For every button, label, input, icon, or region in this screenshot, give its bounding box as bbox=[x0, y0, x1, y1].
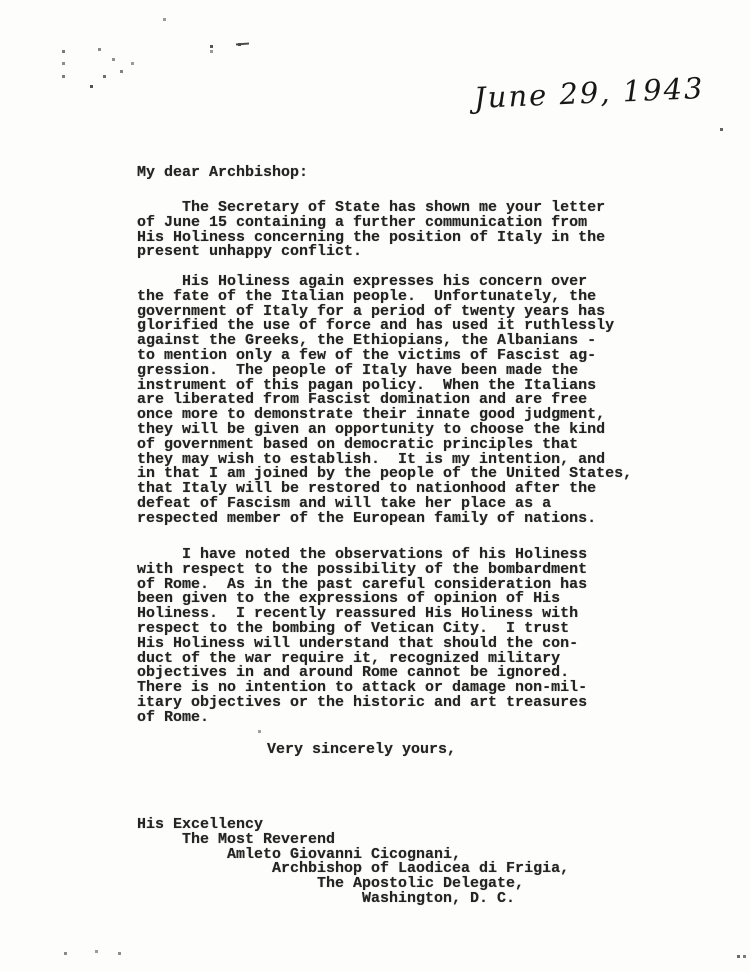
closing-line: Very sincerely yours, bbox=[267, 743, 456, 758]
paragraph-1: The Secretary of State has shown me your… bbox=[137, 201, 605, 260]
letter-page: June 29, 1943 My dear Archbishop: The Se… bbox=[0, 0, 750, 972]
salutation: My dear Archbishop: bbox=[137, 166, 308, 181]
paragraph-3: I have noted the observations of his Hol… bbox=[137, 548, 587, 726]
paragraph-2: His Holiness again expresses his concern… bbox=[137, 275, 632, 527]
scan-noise-dash bbox=[236, 43, 249, 46]
handwritten-date: June 29, 1943 bbox=[473, 71, 705, 115]
recipient-address-block: His Excellency The Most Reverend Amleto … bbox=[137, 818, 569, 907]
scan-noise-specks bbox=[62, 50, 65, 53]
